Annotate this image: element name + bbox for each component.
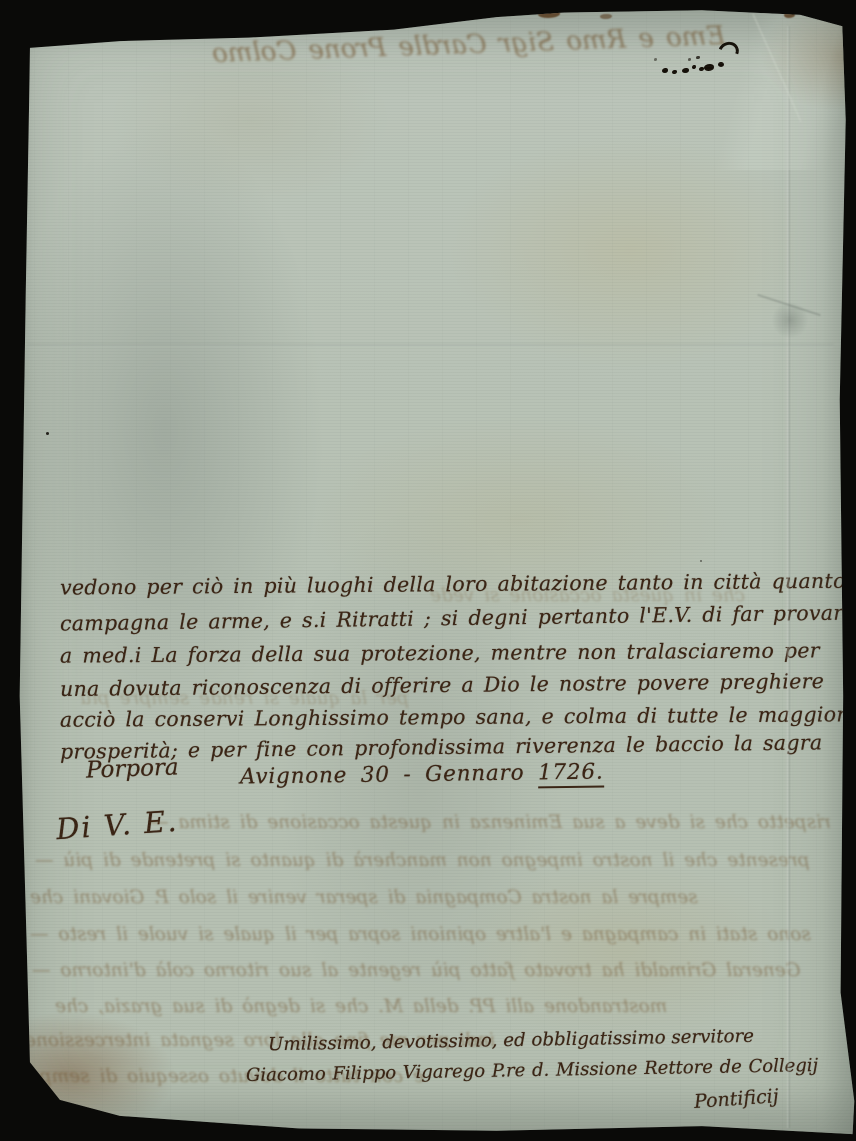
showthrough-line: rispetto che si deve a sua Eminenza in q…	[150, 812, 831, 833]
fold-crease-vertical	[787, 26, 790, 1128]
signature-continuation: Pontificij	[693, 1085, 779, 1113]
manuscript-paper: Emo e Rmo Sigr Cardle Prone Colmo che in…	[0, 0, 856, 1141]
dateline: Avignone 30 - Gennaro 1726.	[240, 759, 604, 789]
fold-pinch-mark	[770, 300, 810, 340]
burn-mark	[538, 10, 560, 18]
letter-body-line: campagna le arme, e s.i Ritratti ; si de…	[60, 600, 856, 635]
letter-body-line: acciò la conservi Longhissimo tempo sana…	[60, 702, 853, 732]
ink-dot	[662, 68, 668, 73]
scan-background: { "scan": { "background_color": "#0a0a08…	[0, 0, 856, 1141]
ink-dot	[682, 68, 689, 73]
ink-dot	[692, 65, 696, 69]
showthrough-line: sempre la nostra Compagnia di sperar ven…	[30, 887, 698, 908]
ink-dot	[654, 58, 657, 61]
fold-crease-horizontal	[28, 344, 834, 347]
showthrough-address-script: Emo e Rmo Sigr Cardle Prone Colmo	[212, 21, 726, 69]
dateline-year: 1726.	[538, 759, 604, 788]
paper-speck	[46, 432, 49, 435]
ink-dot	[672, 70, 677, 74]
showthrough-line: presente che il nostro impegno non manch…	[35, 850, 810, 871]
showthrough-line: sono stati in campagna e l'altre opinion…	[30, 924, 811, 945]
burn-mark	[600, 14, 612, 19]
showthrough-line: General Grimaldi ha trovato fatto più re…	[32, 960, 800, 981]
corner-flap-highlight	[700, 0, 856, 170]
porpora-word: Porpora	[86, 754, 180, 783]
letter-body-line: una dovuta riconoscenza di offerire a Di…	[60, 669, 824, 701]
ink-dot	[688, 58, 691, 61]
dateline-place-date: Avignone 30 - Gennaro	[240, 760, 538, 789]
showthrough-line: mostrandone alli PP. della M. che si deg…	[55, 996, 667, 1017]
signature-line: Giacomo Filippo Vigarego P.re d. Mission…	[246, 1055, 818, 1086]
letter-body-line: a med.i La forza della sua protezione, m…	[60, 638, 820, 667]
paper-speck	[700, 560, 702, 562]
